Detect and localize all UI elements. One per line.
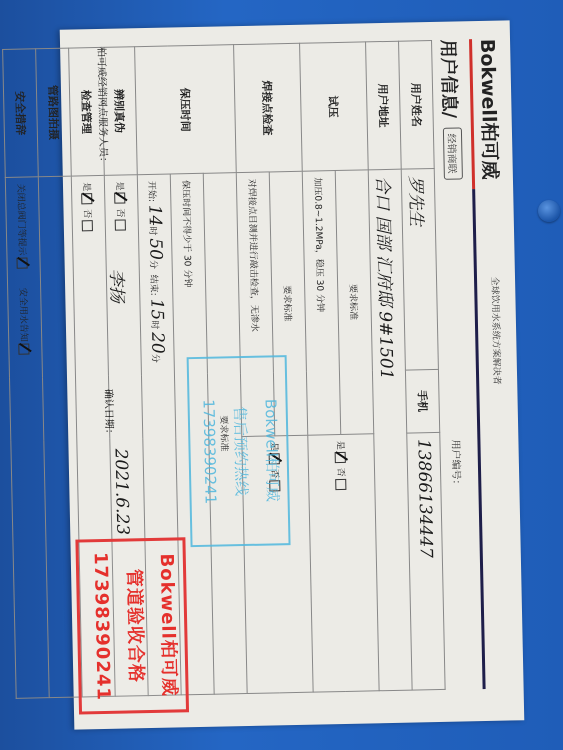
value-address: 合口 国部 汇府邸 9#1501	[372, 176, 396, 380]
valve-notice-label: 关闭总阀门等提示	[15, 184, 27, 256]
water-notice-label: 安全用水告知	[18, 288, 29, 342]
label-safety: 安全措辞	[3, 49, 39, 178]
brand-tagline: 全球饮用水系统方案解决者	[489, 277, 504, 385]
water-notice-checkbox[interactable]	[19, 344, 30, 355]
header-rule-red	[469, 39, 475, 189]
value-user-name: 罗先生	[405, 175, 426, 226]
date-label: 确认日期：	[102, 389, 118, 439]
label-weld-check: 焊接点检查	[234, 43, 303, 172]
pressure-checkboxes: 是 否	[308, 434, 379, 693]
inspection-no-checkbox[interactable]	[82, 220, 93, 231]
form-header: Bokwell柏可威 全球饮用水系统方案解决者 用户信息/ 经销商联 用户编号：	[442, 39, 516, 702]
staff-signature: 李扬	[106, 268, 132, 303]
section-title: 用户信息/	[436, 39, 464, 118]
folder-rivet	[538, 200, 560, 222]
copy-badge: 经销商联	[443, 127, 463, 179]
anti-counterfeit-yes-checkbox[interactable]	[115, 192, 126, 203]
header-rule-navy	[472, 189, 485, 689]
pressure-no-checkbox[interactable]	[335, 479, 346, 490]
valve-notice-checkbox[interactable]	[17, 258, 28, 269]
pressure-req-text: 加压0.8~1.2MPa，稳压 30 分钟	[302, 171, 341, 435]
inspection-yes-checkbox[interactable]	[82, 193, 93, 204]
value-phone: 13866134447	[413, 439, 435, 558]
start-minute: 50	[145, 238, 165, 260]
staff-label: 柏可威经销网点服务人员：	[95, 47, 113, 167]
red-acceptance-stamp: Bokwell柏可威 管道验收合格 17398390241	[75, 537, 189, 714]
date-value: 2021.6.23	[111, 448, 133, 535]
blue-service-stamp: Bokwell柏可威 售后预约热线 17398390241	[187, 355, 291, 547]
user-number-label: 用户编号：	[449, 439, 465, 489]
label-hold-time: 保压时间	[135, 45, 237, 175]
label-address: 用户地址	[366, 41, 402, 170]
end-minute: 20	[147, 332, 167, 354]
label-pressure-test: 试压	[300, 42, 369, 171]
end-hour: 15	[146, 298, 166, 320]
start-hour: 14	[144, 205, 164, 227]
label-pipe-photo: 管路图拍摄	[36, 48, 72, 177]
inspection-form-paper: Bokwell柏可威 全球饮用水系统方案解决者 用户信息/ 经销商联 用户编号：…	[60, 20, 525, 729]
label-user-name: 用户姓名	[399, 41, 435, 170]
label-phone: 手机	[405, 369, 439, 433]
pressure-req-label: 要求标准	[335, 170, 374, 434]
brand-logo: Bokwell柏可威	[475, 39, 505, 180]
anti-counterfeit-no-checkbox[interactable]	[115, 219, 126, 230]
pressure-yes-checkbox[interactable]	[335, 452, 346, 463]
